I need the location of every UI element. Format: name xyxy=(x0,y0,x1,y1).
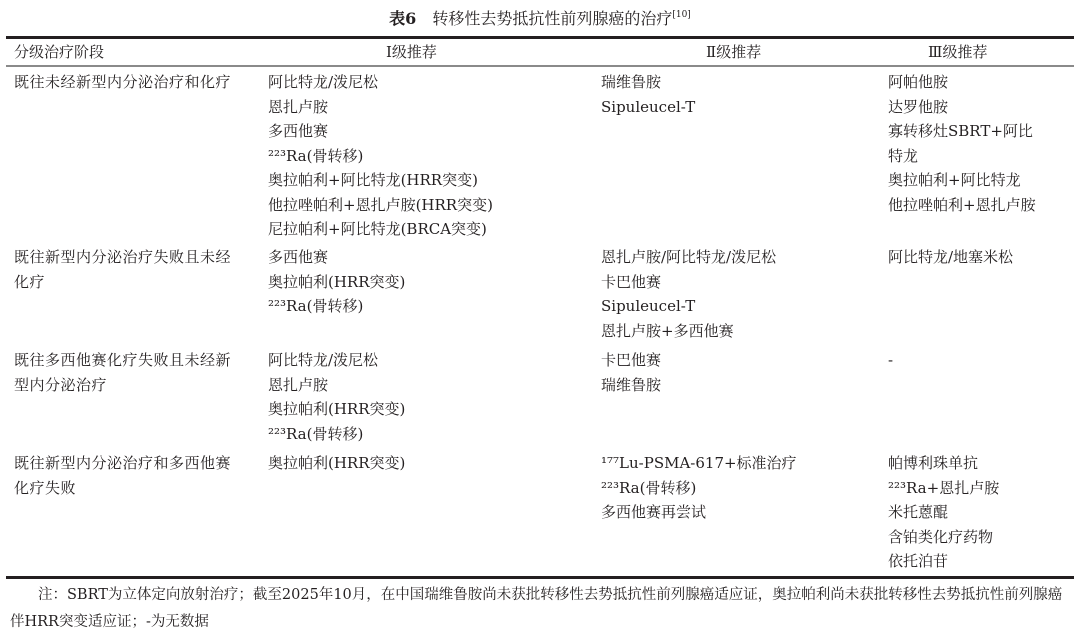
list-item: ²²³Ra(骨转移) xyxy=(268,422,405,447)
list-item: ²²³Ra(骨转移) xyxy=(268,144,493,169)
list-item: 多西他赛 xyxy=(268,119,493,144)
level1-cell: 阿比特龙/泼尼松 恩扎卢胺 多西他赛 ²²³Ra(骨转移) 奥拉帕利+阿比特龙(… xyxy=(268,70,493,242)
list-item: 帕博利珠单抗 xyxy=(888,451,999,476)
bottom-rule xyxy=(6,576,1074,579)
header-rule xyxy=(6,65,1074,67)
list-item: Sipuleucel-T xyxy=(601,294,776,319)
list-item: ²²³Ra(骨转移) xyxy=(268,294,405,319)
table-title: 转移性去势抵抗性前列腺癌的治疗 xyxy=(432,9,672,28)
list-item: 依托泊苷 xyxy=(888,549,999,574)
list-item: 达罗他胺 xyxy=(888,95,1036,120)
list-item: 特龙 xyxy=(888,144,1036,169)
list-item: 瑞维鲁胺 xyxy=(601,70,695,95)
list-item: ²²³Ra(骨转移) xyxy=(601,476,797,501)
list-item: 阿帕他胺 xyxy=(888,70,1036,95)
level3-cell: - xyxy=(888,348,893,373)
header-level2: Ⅱ级推荐 xyxy=(706,41,761,63)
list-item: ²²³Ra+恩扎卢胺 xyxy=(888,476,999,501)
list-item: 阿比特龙/地塞米松 xyxy=(888,245,1013,270)
list-item: 恩扎卢胺 xyxy=(268,95,493,120)
level1-cell: 阿比特龙/泼尼松 恩扎卢胺 奥拉帕利(HRR突变) ²²³Ra(骨转移) xyxy=(268,348,405,446)
level2-cell: 恩扎卢胺/阿比特龙/泼尼松 卡巴他赛 Sipuleucel-T 恩扎卢胺+多西他… xyxy=(601,245,776,343)
level1-cell: 奥拉帕利(HRR突变) xyxy=(268,451,405,476)
list-item: 他拉唑帕利+恩扎卢胺(HRR突变) xyxy=(268,193,493,218)
stage-cell: 既往未经新型内分泌治疗和化疗 xyxy=(14,70,244,95)
list-item: 恩扎卢胺/阿比特龙/泼尼松 xyxy=(601,245,776,270)
header-level3: Ⅲ级推荐 xyxy=(928,41,987,63)
list-item: 米托蒽醌 xyxy=(888,500,999,525)
level3-cell: 帕博利珠单抗 ²²³Ra+恩扎卢胺 米托蒽醌 含铂类化疗药物 依托泊苷 xyxy=(888,451,999,574)
header-stage: 分级治疗阶段 xyxy=(14,41,104,63)
table-number: 表6 xyxy=(389,9,416,28)
list-item: 他拉唑帕利+恩扎卢胺 xyxy=(888,193,1036,218)
list-item: 卡巴他赛 xyxy=(601,270,776,295)
table-caption: 表6转移性去势抵抗性前列腺癌的治疗[10] xyxy=(0,4,1080,30)
list-item: 寡转移灶SBRT+阿比 xyxy=(888,119,1036,144)
level3-cell: 阿帕他胺 达罗他胺 寡转移灶SBRT+阿比 特龙 奥拉帕利+阿比特龙 他拉唑帕利… xyxy=(888,70,1036,217)
list-item: 恩扎卢胺+多西他赛 xyxy=(601,319,776,344)
list-item: 瑞维鲁胺 xyxy=(601,373,661,398)
stage-cell: 既往新型内分泌治疗和多西他赛化疗失败 xyxy=(14,451,244,500)
level2-cell: 卡巴他赛 瑞维鲁胺 xyxy=(601,348,661,397)
list-item: 含铂类化疗药物 xyxy=(888,525,999,550)
level2-cell: ¹⁷⁷Lu-PSMA-617+标准治疗 ²²³Ra(骨转移) 多西他赛再尝试 xyxy=(601,451,797,525)
list-item: 奥拉帕利(HRR突变) xyxy=(268,451,405,476)
list-item: ¹⁷⁷Lu-PSMA-617+标准治疗 xyxy=(601,451,797,476)
level1-cell: 多西他赛 奥拉帕利(HRR突变) ²²³Ra(骨转移) xyxy=(268,245,405,319)
top-rule xyxy=(6,36,1074,39)
stage-cell: 既往多西他赛化疗失败且未经新型内分泌治疗 xyxy=(14,348,244,397)
list-item: 卡巴他赛 xyxy=(601,348,661,373)
list-item: 多西他赛再尝试 xyxy=(601,500,797,525)
level3-cell: 阿比特龙/地塞米松 xyxy=(888,245,1013,270)
list-item: 恩扎卢胺 xyxy=(268,373,405,398)
reference-marker[interactable]: [10] xyxy=(672,10,690,20)
list-item: 阿比特龙/泼尼松 xyxy=(268,70,493,95)
list-item: 尼拉帕利+阿比特龙(BRCA突变) xyxy=(268,217,493,242)
list-item: - xyxy=(888,348,893,373)
list-item: 奥拉帕利(HRR突变) xyxy=(268,270,405,295)
list-item: 多西他赛 xyxy=(268,245,405,270)
level2-cell: 瑞维鲁胺 Sipuleucel-T xyxy=(601,70,695,119)
list-item: Sipuleucel-T xyxy=(601,95,695,120)
list-item: 奥拉帕利(HRR突变) xyxy=(268,397,405,422)
list-item: 奥拉帕利+阿比特龙 xyxy=(888,168,1036,193)
header-level1: Ⅰ级推荐 xyxy=(386,41,437,63)
table-footnote: 注：SBRT为立体定向放射治疗；截至2025年10月，在中国瑞维鲁胺尚未获批转移… xyxy=(10,582,1070,636)
list-item: 奥拉帕利+阿比特龙(HRR突变) xyxy=(268,168,493,193)
list-item: 阿比特龙/泼尼松 xyxy=(268,348,405,373)
stage-cell: 既往新型内分泌治疗失败且未经化疗 xyxy=(14,245,244,294)
